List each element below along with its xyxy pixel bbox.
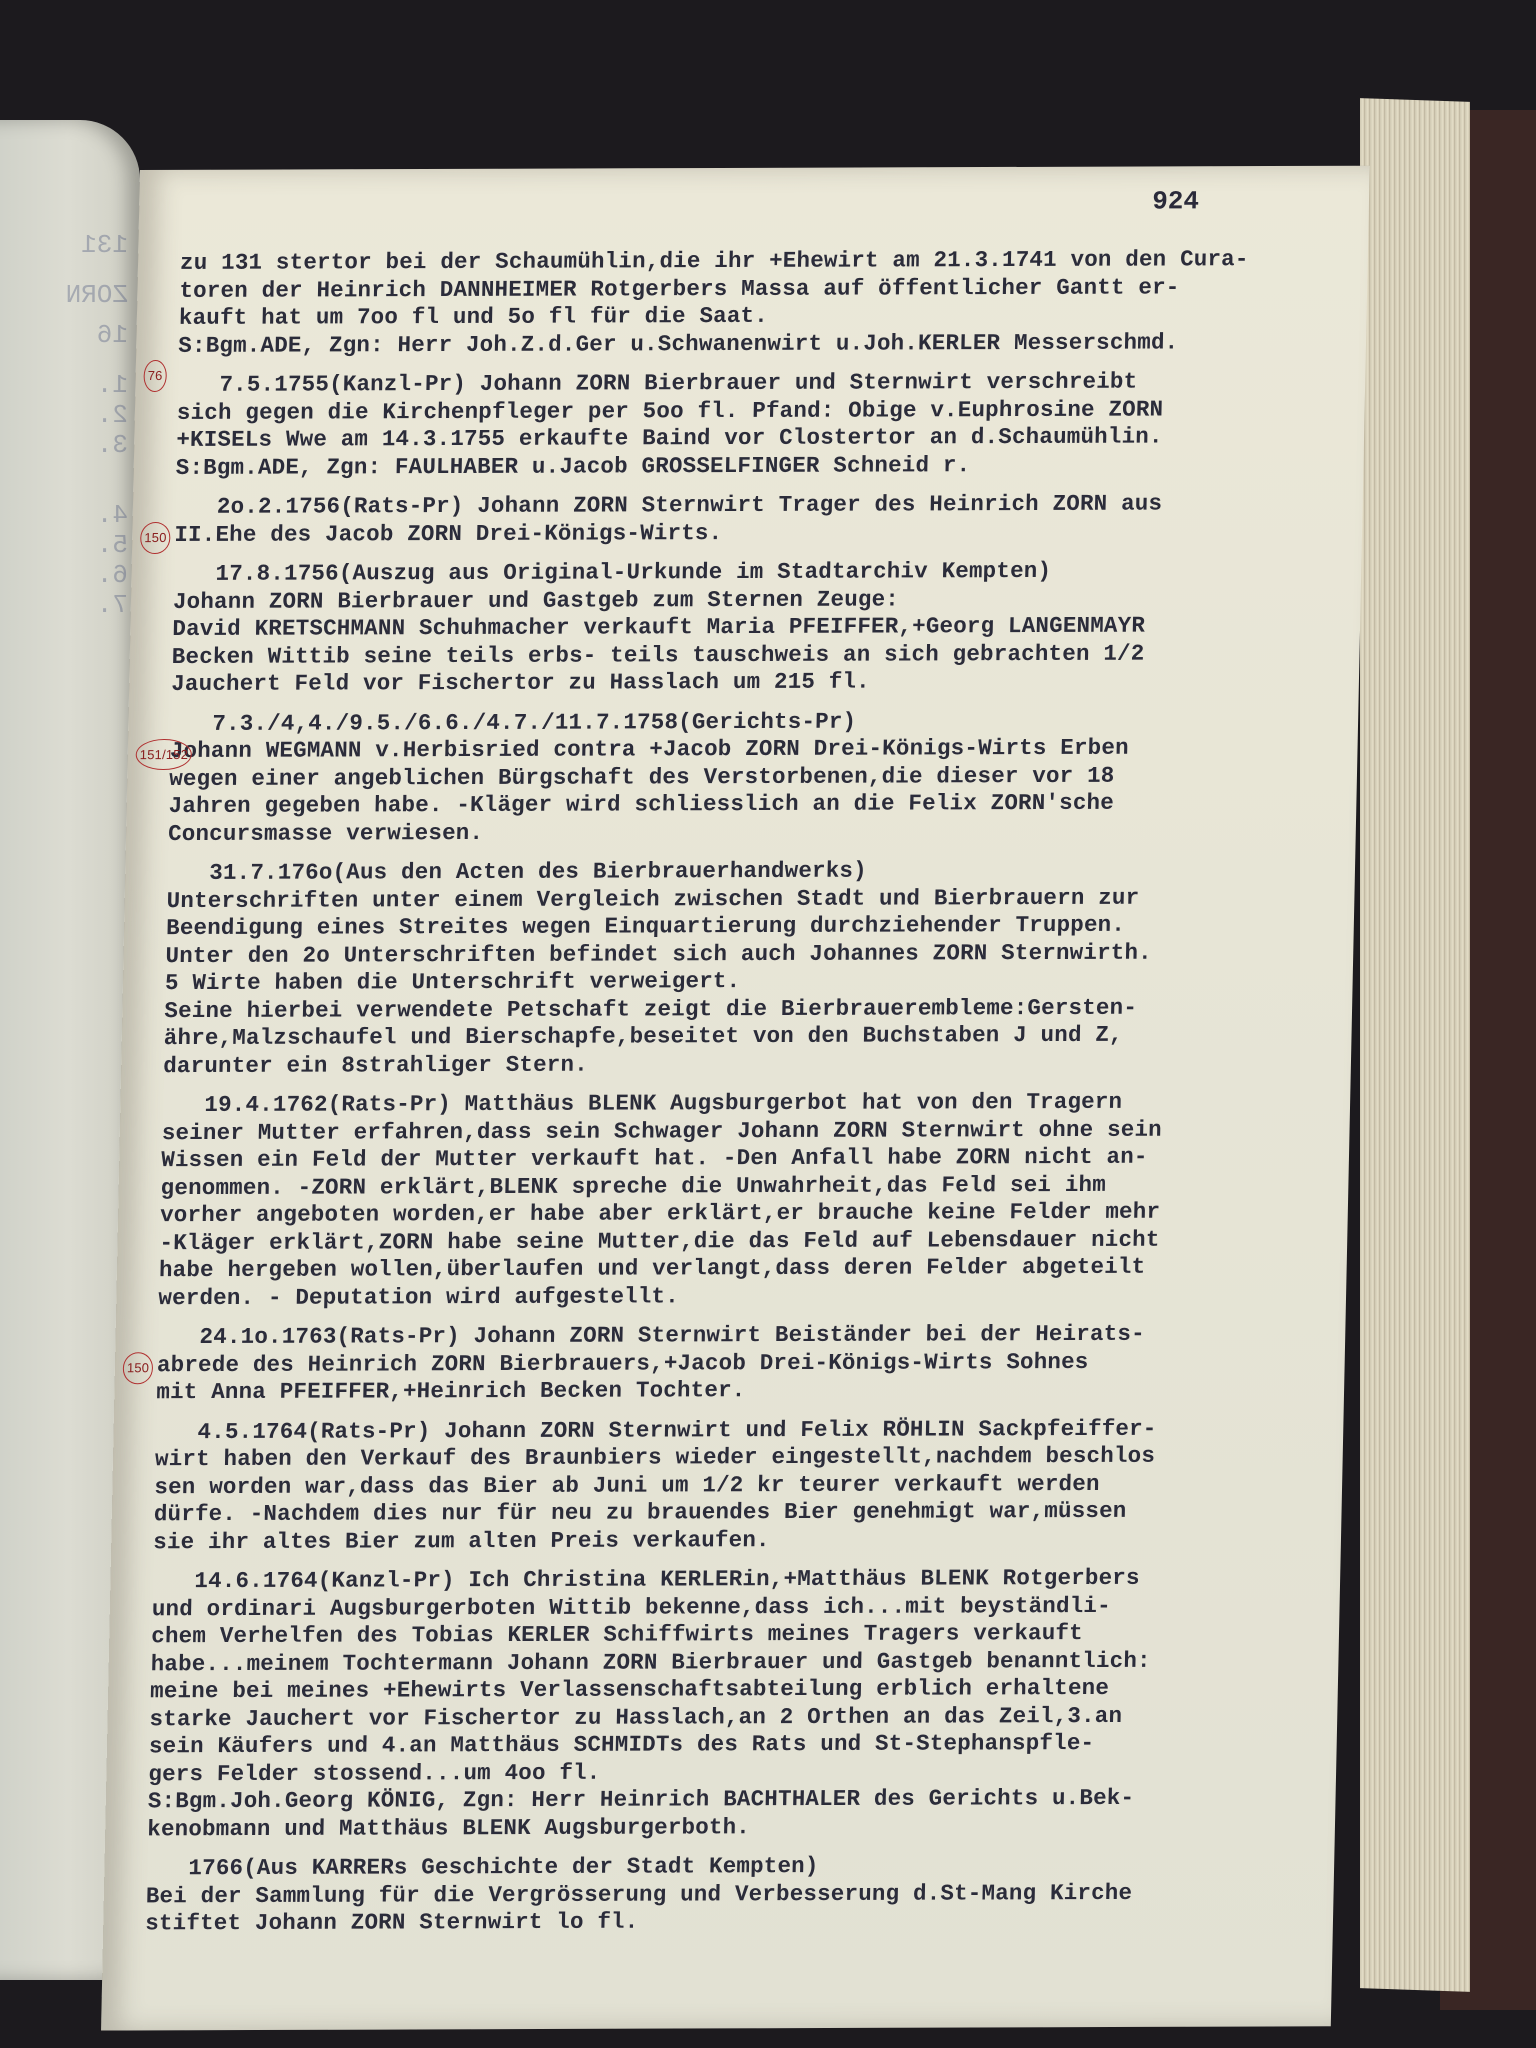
bleed-through-text: 131 — [8, 230, 128, 260]
entry-1766: 1766(Aus KARRERs Geschichte der Stadt Ke… — [145, 1851, 1326, 1938]
bleed-through-text: 16 — [8, 320, 128, 350]
text-line: 1766(Aus KARRERs Geschichte der Stadt Ke… — [146, 1851, 1326, 1883]
text-line: mit Anna PFEIFFER,+Heinrich Becken Tocht… — [156, 1375, 1336, 1407]
text-line: S:Bgm.ADE, Zgn: Herr Joh.Z.d.Ger u.Schwa… — [178, 328, 1358, 360]
text-line: David KRETSCHMANN Schuhmacher verkauft M… — [172, 612, 1352, 644]
text-line: Wissen ein Feld der Mutter verkauft hat.… — [161, 1143, 1341, 1175]
text-line: II.Ehe des Jacob ZORN Drei-Königs-Wirts. — [174, 517, 1354, 549]
text-line: genommen. -ZORN erklärt,BLENK spreche di… — [160, 1171, 1340, 1203]
text-line: sen worden war,dass das Bier ab Juni um … — [154, 1470, 1334, 1502]
margin-annotation: 150 — [123, 1352, 154, 1384]
text-line: dürfe. -Nachdem dies nur für neu zu brau… — [154, 1497, 1334, 1529]
document-body: 76zu 131 stertor bei der Schaumühlin,die… — [145, 246, 1360, 1950]
entry-1756-02-20: 1502o.2.1756(Rats-Pr) Johann ZORN Sternw… — [174, 490, 1355, 549]
text-line: zu 131 stertor bei der Schaumühlin,die i… — [180, 246, 1360, 278]
text-line: 17.8.1756(Auszug aus Original-Urkunde im… — [173, 557, 1353, 589]
text-line: Johann ZORN Bierbrauer und Gastgeb zum S… — [173, 584, 1353, 616]
entry-1764-05-04: 4.5.1764(Rats-Pr) Johann ZORN Sternwirt … — [153, 1415, 1336, 1557]
text-line: wegen einer angeblichen Bürgschaft des V… — [169, 761, 1349, 793]
text-line: Jauchert Feld vor Fischertor zu Hasslach… — [171, 667, 1351, 699]
text-line: 14.6.1764(Kanzl-Pr) Ich Christina KERLER… — [152, 1564, 1332, 1596]
text-line: chem Verhelfen des Tobias KERLER Schiffw… — [151, 1619, 1331, 1651]
entry-1758: 151/1527.3./4,4./9.5./6.6./4.7./11.7.175… — [168, 706, 1351, 848]
text-line: S:Bgm.Joh.Georg KÖNIG, Zgn: Herr Heinric… — [148, 1784, 1328, 1816]
text-line: wirt haben den Verkauf des Braunbiers wi… — [155, 1442, 1335, 1474]
text-line: und ordinari Augsburgerboten Wittib beke… — [152, 1592, 1332, 1624]
text-line: stiftet Johann ZORN Sternwirt lo fl. — [145, 1906, 1325, 1938]
bleed-through-text: 7. — [8, 590, 128, 620]
text-line: Jahren gegeben habe. -Kläger wird schlie… — [168, 789, 1348, 821]
text-line: habe hergeben wollen,überlaufen und verl… — [159, 1253, 1339, 1285]
text-line: Unter den 2o Unterschriften befindet sic… — [165, 938, 1345, 970]
text-line: -Kläger erklärt,ZORN habe seine Mutter,d… — [159, 1226, 1339, 1258]
bleed-through-text: ZORN — [8, 280, 128, 310]
text-line: 7.5.1755(Kanzl-Pr) Johann ZORN Bierbraue… — [177, 368, 1357, 400]
entry-1756-08-17: 17.8.1756(Auszug aus Original-Urkunde im… — [171, 557, 1354, 699]
text-line: 2o.2.1756(Rats-Pr) Johann ZORN Sternwirt… — [175, 490, 1355, 522]
bleed-through-text: 4. — [8, 500, 128, 530]
text-line: habe...meinem Tochtermann Johann ZORN Bi… — [150, 1647, 1330, 1679]
text-line: 7.3./4,4./9.5./6.6./4.7./11.7.1758(Geric… — [170, 706, 1350, 738]
text-line: vorher angeboten worden,er habe aber erk… — [160, 1198, 1340, 1230]
text-line: darunter ein 8strahliger Stern. — [163, 1048, 1343, 1080]
entry-1764-06-14: 14.6.1764(Kanzl-Pr) Ich Christina KERLER… — [147, 1564, 1333, 1843]
text-line: kenobmann und Matthäus BLENK Augsburgerb… — [147, 1812, 1327, 1844]
text-line: +KISELs Wwe am 14.3.1755 erkaufte Baind … — [176, 423, 1356, 455]
text-line: toren der Heinrich DANNHEIMER Rotgerbers… — [179, 273, 1359, 305]
text-line: Concursmasse verwiesen. — [168, 816, 1348, 848]
entry-continuation: 76zu 131 stertor bei der Schaumühlin,die… — [178, 246, 1360, 360]
text-line: ähre,Malzschaufel und Bierschapfe,beseit… — [164, 1021, 1344, 1053]
text-line: sein Käufers und 4.an Matthäus SCHMIDTs … — [149, 1729, 1329, 1761]
entry-1762-04-19: 19.4.1762(Rats-Pr) Matthäus BLENK Augsbu… — [158, 1088, 1342, 1312]
text-line: sie ihr altes Bier zum alten Preis verka… — [153, 1525, 1333, 1557]
entry-1763-10-24: 15024.1o.1763(Rats-Pr) Johann ZORN Stern… — [156, 1320, 1337, 1407]
entry-1755-05-07: 7.5.1755(Kanzl-Pr) Johann ZORN Bierbraue… — [175, 368, 1357, 482]
text-line: Unterschriften unter einem Vergleich zwi… — [166, 883, 1346, 915]
text-line: Seine hierbei verwendete Petschaft zeigt… — [164, 993, 1344, 1025]
text-line: gers Felder stossend...um 4oo fl. — [148, 1757, 1328, 1789]
text-line: abrede des Heinrich ZORN Bierbrauers,+Ja… — [157, 1348, 1337, 1380]
document-page: 924 76zu 131 stertor bei der Schaumühlin… — [101, 166, 1370, 2031]
entry-1760-07-31: 31.7.176o(Aus den Acten des Bierbrauerha… — [163, 856, 1347, 1080]
text-line: seiner Mutter erfahren,dass sein Schwage… — [162, 1116, 1342, 1148]
text-line: Bei der Sammlung für die Vergrösserung u… — [146, 1879, 1326, 1911]
margin-annotation: 150 — [140, 522, 171, 554]
bleed-through-text: 3. — [8, 430, 128, 460]
bleed-through-text: 5. — [8, 530, 128, 560]
text-line: Beendigung eines Streites wegen Einquart… — [166, 911, 1346, 943]
text-line: meine bei meines +Ehewirts Verlassenscha… — [150, 1674, 1330, 1706]
text-line: 19.4.1762(Rats-Pr) Matthäus BLENK Augsbu… — [162, 1088, 1342, 1120]
text-line: Becken Wittib seine teils erbs- teils ta… — [171, 639, 1351, 671]
text-line: 31.7.176o(Aus den Acten des Bierbrauerha… — [167, 856, 1347, 888]
text-line: S:Bgm.ADE, Zgn: FAULHABER u.Jacob GROSSE… — [175, 450, 1355, 482]
text-line: 4.5.1764(Rats-Pr) Johann ZORN Sternwirt … — [155, 1415, 1335, 1447]
margin-annotation: 76 — [143, 360, 167, 392]
page-number: 924 — [1152, 186, 1199, 216]
bleed-through-text: 1. — [8, 370, 128, 400]
text-line: starke Jauchert vor Fischertor zu Hassla… — [149, 1702, 1329, 1734]
bleed-through-text: 2. — [8, 400, 128, 430]
bleed-through-text: 6. — [8, 560, 128, 590]
text-line: werden. - Deputation wird aufgestellt. — [158, 1281, 1338, 1313]
text-line: kauft hat um 7oo fl und 5o fl für die Sa… — [179, 301, 1359, 333]
text-line: 5 Wirte haben die Unterschrift verweiger… — [165, 966, 1345, 998]
text-line: 24.1o.1763(Rats-Pr) Johann ZORN Sternwir… — [157, 1320, 1337, 1352]
text-line: sich gegen die Kirchenpfleger per 5oo fl… — [177, 395, 1357, 427]
text-line: Johann WEGMANN v.Herbisried contra +Jaco… — [170, 734, 1350, 766]
page-stack-edge — [1360, 98, 1470, 1992]
